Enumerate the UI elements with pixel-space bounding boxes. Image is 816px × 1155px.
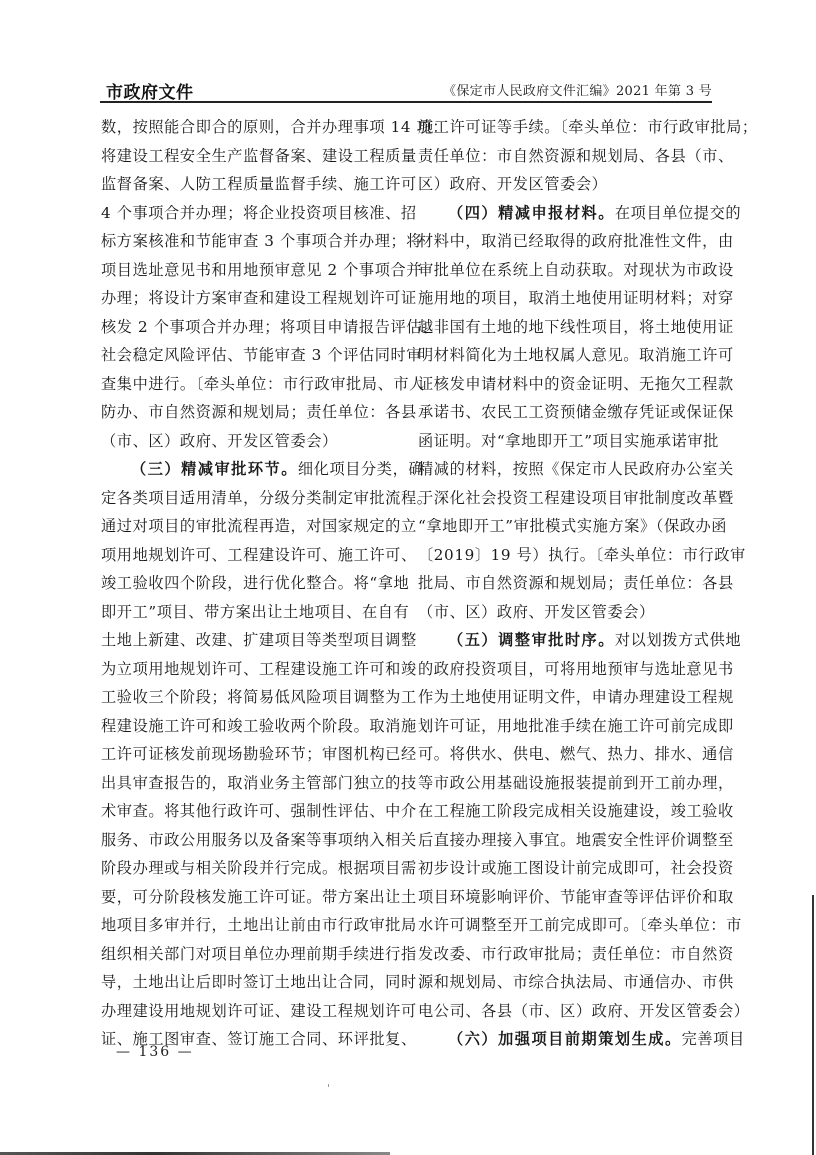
publication-title: 《保定市人民政府文件汇编》2021 年第 3 号 — [443, 80, 712, 99]
text-line: 社会稳定风险评估、节能审查 3 个评估同时审 — [101, 341, 399, 370]
text-line: 阶段办理或与相关阶段并行完成。根据项目需 — [101, 854, 399, 883]
text-line: 竣工验收四个阶段，进行优化整合。将“拿地 — [101, 569, 399, 598]
text-line: 函证明。对“拿地即开工”项目实施承诺审批 — [418, 427, 716, 456]
text-line: 施用地的项目，取消土地使用证明材料；对穿 — [418, 284, 716, 313]
text-line: 越非国有土地的地下线性项目，将土地使用证 — [418, 313, 716, 342]
text-line: 项目环境影响评价、节能审查等评估评价和取 — [418, 883, 716, 912]
text-line: 明材料简化为土地权属人意见。取消施工许可 — [418, 341, 716, 370]
text-line: 数，按照能合即合的原则，合并办理事项 14 项： — [101, 113, 399, 142]
text-line: （五）调整审批时序。对以划拨方式供地 — [418, 626, 716, 655]
text-line: 出具审查报告的，取消业务主管部门独立的技 — [101, 769, 399, 798]
right-column: 施工许可证等手续。〔牵头单位：市行政审批局；责任单位：市自然资源和规划局、各县（… — [418, 113, 716, 1054]
text-line: 工验收三个阶段；将简易低风险项目调整为工 — [101, 683, 399, 712]
section-heading: （六）加强项目前期策划生成。 — [448, 1030, 682, 1048]
text-line: （三）精减审批环节。细化项目分类，确 — [101, 455, 399, 484]
text-line: “拿地即开工”审批模式实施方案》（保政办函 — [418, 512, 716, 541]
heading-body-text: 对以划拨方式供地 — [615, 631, 741, 649]
heading-body-text: 在项目单位提交的 — [615, 204, 741, 222]
text-line: 即开工”项目、带方案出让土地项目、在自有 — [101, 598, 399, 627]
text-line: 源和规划局、市综合执法局、市通信办、市供 — [418, 968, 716, 997]
text-line: 地项目多审并行，土地出让前由市行政审批局 — [101, 911, 399, 940]
text-line: 程建设施工许可和竣工验收两个阶段。取消施 — [101, 712, 399, 741]
text-line: 作为土地使用证明文件，申请办理建设工程规 — [418, 683, 716, 712]
text-line: 后直接办理接入事宜。地震安全性评价调整至 — [418, 826, 716, 855]
text-line: 初步设计或施工图设计前完成即可，社会投资 — [418, 854, 716, 883]
text-line: 区）政府、开发区管委会） — [418, 170, 716, 199]
text-line: 于深化社会投资工程建设项目审批制度改革暨 — [418, 484, 716, 513]
text-line: 承诺书、农民工工资预储金缴存凭证或保证保 — [418, 398, 716, 427]
text-line: 的政府投资项目，可将用地预审与选址意见书 — [418, 655, 716, 684]
section-heading: （四）精减申报材料。 — [448, 204, 615, 222]
text-line: 组织相关部门对项目单位办理前期手续进行指 — [101, 940, 399, 969]
text-line: 施工许可证等手续。〔牵头单位：市行政审批局； — [418, 113, 716, 142]
heading-body-text: 细化项目分类，确 — [298, 460, 424, 478]
heading-body-text: 完善项目 — [682, 1030, 745, 1048]
text-line: 标方案核准和节能审查 3 个事项合并办理；将 — [101, 227, 399, 256]
left-column: 数，按照能合即合的原则，合并办理事项 14 项：将建设工程安全生产监督备案、建设… — [101, 113, 399, 1054]
header-divider — [100, 101, 712, 103]
text-line: 4 个事项合并办理；将企业投资项目核准、招 — [101, 199, 399, 228]
scan-speck — [328, 1084, 329, 1087]
text-line: 办理；将设计方案审查和建设工程规划许可证 — [101, 284, 399, 313]
section-heading: （五）调整审批时序。 — [448, 631, 615, 649]
text-line: 电公司、各县（市、区）政府、开发区管委会） — [418, 997, 716, 1026]
text-line: 等市政公用基础设施报装提前到开工前办理， — [418, 769, 716, 798]
text-line: 精减的材料，按照《保定市人民政府办公室关 — [418, 455, 716, 484]
text-line: 发改委、市行政审批局；责任单位：市自然资 — [418, 940, 716, 969]
text-line: 责任单位：市自然资源和规划局、各县（市、 — [418, 142, 716, 171]
text-line: 材料中，取消已经取得的政府批准性文件，由 — [418, 227, 716, 256]
text-line: 通过对项目的审批流程再造，对国家规定的立 — [101, 512, 399, 541]
text-line: 定各类项目适用清单，分级分类制定审批流程。 — [101, 484, 399, 513]
text-line: 服务、市政公用服务以及备案等事项纳入相关 — [101, 826, 399, 855]
text-line: 防办、市自然资源和规划局；责任单位：各县 — [101, 398, 399, 427]
text-line: 可。将供水、供电、燃气、热力、排水、通信 — [418, 740, 716, 769]
text-line: （市、区）政府、开发区管委会） — [101, 427, 399, 456]
text-line: 要，可分阶段核发施工许可证。带方案出让土 — [101, 883, 399, 912]
text-line: 项用地规划许可、工程建设许可、施工许可、 — [101, 541, 399, 570]
section-heading: （三）精减审批环节。 — [131, 460, 298, 478]
text-line: 项目选址意见书和用地预审意见 2 个事项合并 — [101, 256, 399, 285]
text-line: 土地上新建、改建、扩建项目等类型项目调整 — [101, 626, 399, 655]
text-line: （四）精减申报材料。在项目单位提交的 — [418, 199, 716, 228]
text-line: 〔2019〕19 号）执行。〔牵头单位：市行政审 — [418, 541, 716, 570]
text-line: 水许可调整至开工前完成即可。〔牵头单位：市 — [418, 911, 716, 940]
text-line: 审批单位在系统上自动获取。对现状为市政设 — [418, 256, 716, 285]
text-line: 工许可证核发前现场勘验环节；审图机构已经 — [101, 740, 399, 769]
text-line: （六）加强项目前期策划生成。完善项目 — [418, 1025, 716, 1054]
text-line: 划许可证，用地批准手续在施工许可前完成即 — [418, 712, 716, 741]
text-line: 将建设工程安全生产监督备案、建设工程质量 — [101, 142, 399, 171]
text-line: 监督备案、人防工程质量监督手续、施工许可 — [101, 170, 399, 199]
page-number: — 136 — — [116, 1044, 194, 1060]
text-line: 查集中进行。〔牵头单位：市行政审批局、市人 — [101, 370, 399, 399]
scan-edge-right — [812, 895, 814, 1155]
text-line: （市、区）政府、开发区管委会） — [418, 598, 716, 627]
text-line: 批局、市自然资源和规划局；责任单位：各县 — [418, 569, 716, 598]
text-line: 术审查。将其他行政许可、强制性评估、中介 — [101, 797, 399, 826]
text-line: 核发 2 个事项合并办理；将项目申请报告评估、 — [101, 313, 399, 342]
section-title: 市政府文件 — [106, 78, 194, 103]
text-line: 为立项用地规划许可、工程建设施工许可和竣 — [101, 655, 399, 684]
text-line: 办理建设用地规划许可证、建设工程规划许可 — [101, 997, 399, 1026]
text-line: 证核发申请材料中的资金证明、无拖欠工程款 — [418, 370, 716, 399]
text-line: 在工程施工阶段完成相关设施建设，竣工验收 — [418, 797, 716, 826]
text-line: 导，土地出让后即时签订土地出让合同，同时 — [101, 968, 399, 997]
